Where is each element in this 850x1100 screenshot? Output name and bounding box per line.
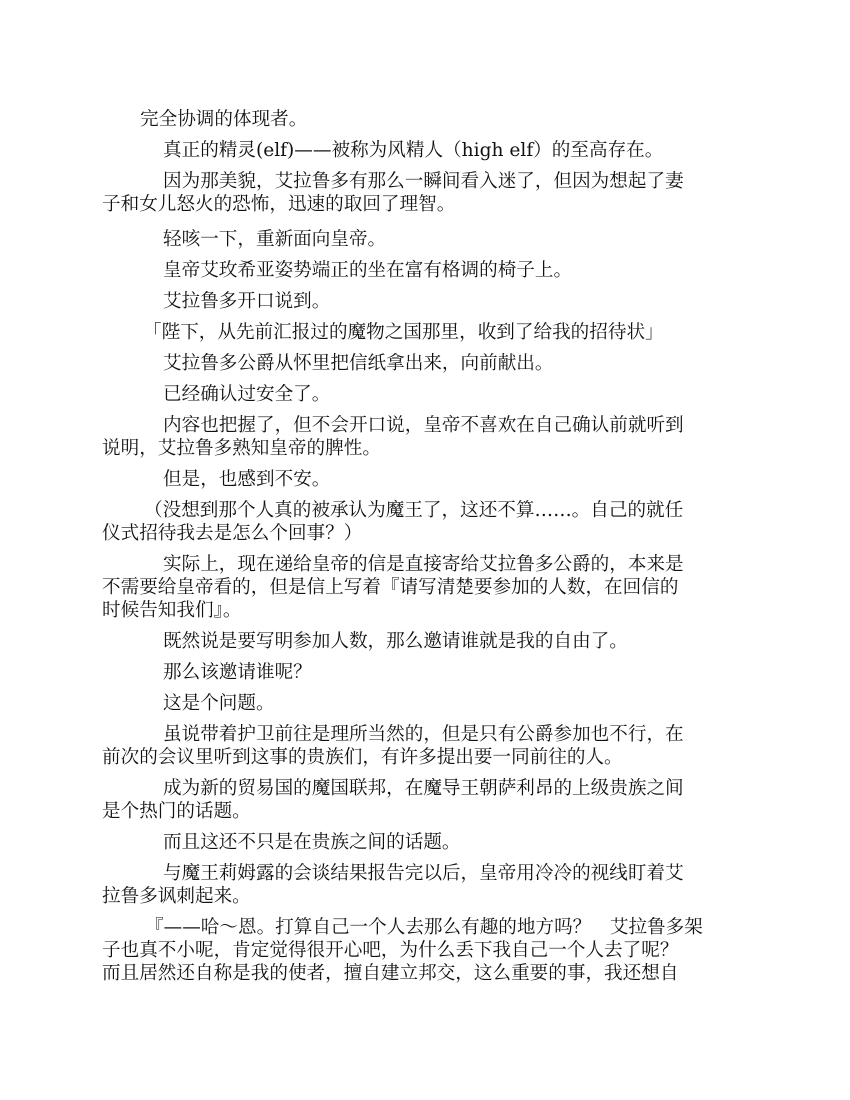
text-line: 已经确认过安全了。 — [102, 383, 747, 406]
text-line: 完全协调的体现者。 — [102, 108, 747, 131]
paragraph: 艾拉鲁多开口说到。 — [102, 290, 747, 313]
text-line: 而且这还不只是在贵族之间的话题。 — [102, 831, 747, 854]
text-line: 前次的会议里听到这事的贵族们，有许多提出要一同前往的人。 — [102, 746, 747, 769]
text-line: 这是个问题。 — [102, 692, 747, 715]
text-line: 子也真不小呢，肯定觉得很开心吧，为什么丢下我自己一个人去了呢？ — [102, 939, 747, 962]
paragraph: 皇帝艾玫希亚姿势端正的坐在富有格调的椅子上。 — [102, 259, 747, 282]
text-line: 不需要给皇帝看的，但是信上写着『请写清楚要参加的人数，在回信的 — [102, 576, 747, 599]
paragraph: 既然说是要写明参加人数，那么邀请谁就是我的自由了。 — [102, 630, 747, 653]
text-line: 但是，也感到不安。 — [102, 468, 747, 491]
text-line: 「陛下，从先前汇报过的魔物之国那里，收到了给我的招待状」 — [102, 321, 747, 344]
paragraph: 实际上，现在递给皇帝的信是直接寄给艾拉鲁多公爵的，本来是不需要给皇帝看的，但是信… — [102, 553, 747, 622]
text-line: 与魔王莉姆露的会谈结果报告完以后，皇帝用冷冷的视线盯着艾 — [102, 862, 747, 885]
paragraph: 因为那美貌，艾拉鲁多有那么一瞬间看入迷了，但因为想起了妻子和女儿怒火的恐怖，迅速… — [102, 170, 747, 216]
paragraph: 「陛下，从先前汇报过的魔物之国那里，收到了给我的招待状」 — [102, 321, 747, 344]
paragraph: 完全协调的体现者。 — [102, 108, 747, 131]
text-line: 既然说是要写明参加人数，那么邀请谁就是我的自由了。 — [102, 630, 747, 653]
paragraph: 与魔王莉姆露的会谈结果报告完以后，皇帝用冷冷的视线盯着艾拉鲁多讽刺起来。 — [102, 862, 747, 908]
text-line: 说明，艾拉鲁多熟知皇帝的脾性。 — [102, 437, 747, 460]
text-line: 皇帝艾玫希亚姿势端正的坐在富有格调的椅子上。 — [102, 259, 747, 282]
text-line: （没想到那个人真的被承认为魔王了，这还不算……。自己的就任 — [102, 499, 747, 522]
text-line: 『——哈～恩。打算自己一个人去那么有趣的地方吗？ 艾拉鲁多架 — [102, 916, 747, 939]
paragraph: 这是个问题。 — [102, 692, 747, 715]
text-line: 仪式招待我去是怎么个回事？） — [102, 522, 747, 545]
text-line: 那么该邀请谁呢？ — [102, 661, 747, 684]
paragraph: 那么该邀请谁呢？ — [102, 661, 747, 684]
text-line: 而且居然还自称是我的使者，擅自建立邦交，这么重要的事，我还想自 — [102, 962, 747, 985]
paragraph: 而且这还不只是在贵族之间的话题。 — [102, 831, 747, 854]
text-line: 时候告知我们』。 — [102, 599, 747, 622]
text-line: 子和女儿怒火的恐怖，迅速的取回了理智。 — [102, 193, 747, 216]
paragraph: 已经确认过安全了。 — [102, 383, 747, 406]
paragraph: 真正的精灵(elf)——被称为风精人（high elf）的至高存在。 — [102, 139, 747, 162]
paragraph: （没想到那个人真的被承认为魔王了，这还不算……。自己的就任仪式招待我去是怎么个回… — [102, 499, 747, 545]
text-line: 轻咳一下，重新面向皇帝。 — [102, 228, 747, 251]
text-line: 艾拉鲁多公爵从怀里把信纸拿出来，向前献出。 — [102, 352, 747, 375]
paragraph: 虽说带着护卫前往是理所当然的，但是只有公爵参加也不行，在前次的会议里听到这事的贵… — [102, 723, 747, 769]
text-line: 拉鲁多讽刺起来。 — [102, 885, 747, 908]
text-line: 虽说带着护卫前往是理所当然的，但是只有公爵参加也不行，在 — [102, 723, 747, 746]
text-line: 实际上，现在递给皇帝的信是直接寄给艾拉鲁多公爵的，本来是 — [102, 553, 747, 576]
text-line: 内容也把握了，但不会开口说，皇帝不喜欢在自己确认前就听到 — [102, 414, 747, 437]
paragraph: 轻咳一下，重新面向皇帝。 — [102, 228, 747, 251]
text-line: 真正的精灵(elf)——被称为风精人（high elf）的至高存在。 — [102, 139, 747, 162]
text-line: 因为那美貌，艾拉鲁多有那么一瞬间看入迷了，但因为想起了妻 — [102, 170, 747, 193]
text-line: 艾拉鲁多开口说到。 — [102, 290, 747, 313]
paragraph: 但是，也感到不安。 — [102, 468, 747, 491]
paragraph: 成为新的贸易国的魔国联邦，在魔导王朝萨利昂的上级贵族之间是个热门的话题。 — [102, 777, 747, 823]
text-line: 是个热门的话题。 — [102, 800, 747, 823]
paragraph: 艾拉鲁多公爵从怀里把信纸拿出来，向前献出。 — [102, 352, 747, 375]
text-line: 成为新的贸易国的魔国联邦，在魔导王朝萨利昂的上级贵族之间 — [102, 777, 747, 800]
paragraph: 内容也把握了，但不会开口说，皇帝不喜欢在自己确认前就听到说明，艾拉鲁多熟知皇帝的… — [102, 414, 747, 460]
paragraph: 『——哈～恩。打算自己一个人去那么有趣的地方吗？ 艾拉鲁多架子也真不小呢，肯定觉… — [102, 916, 747, 985]
